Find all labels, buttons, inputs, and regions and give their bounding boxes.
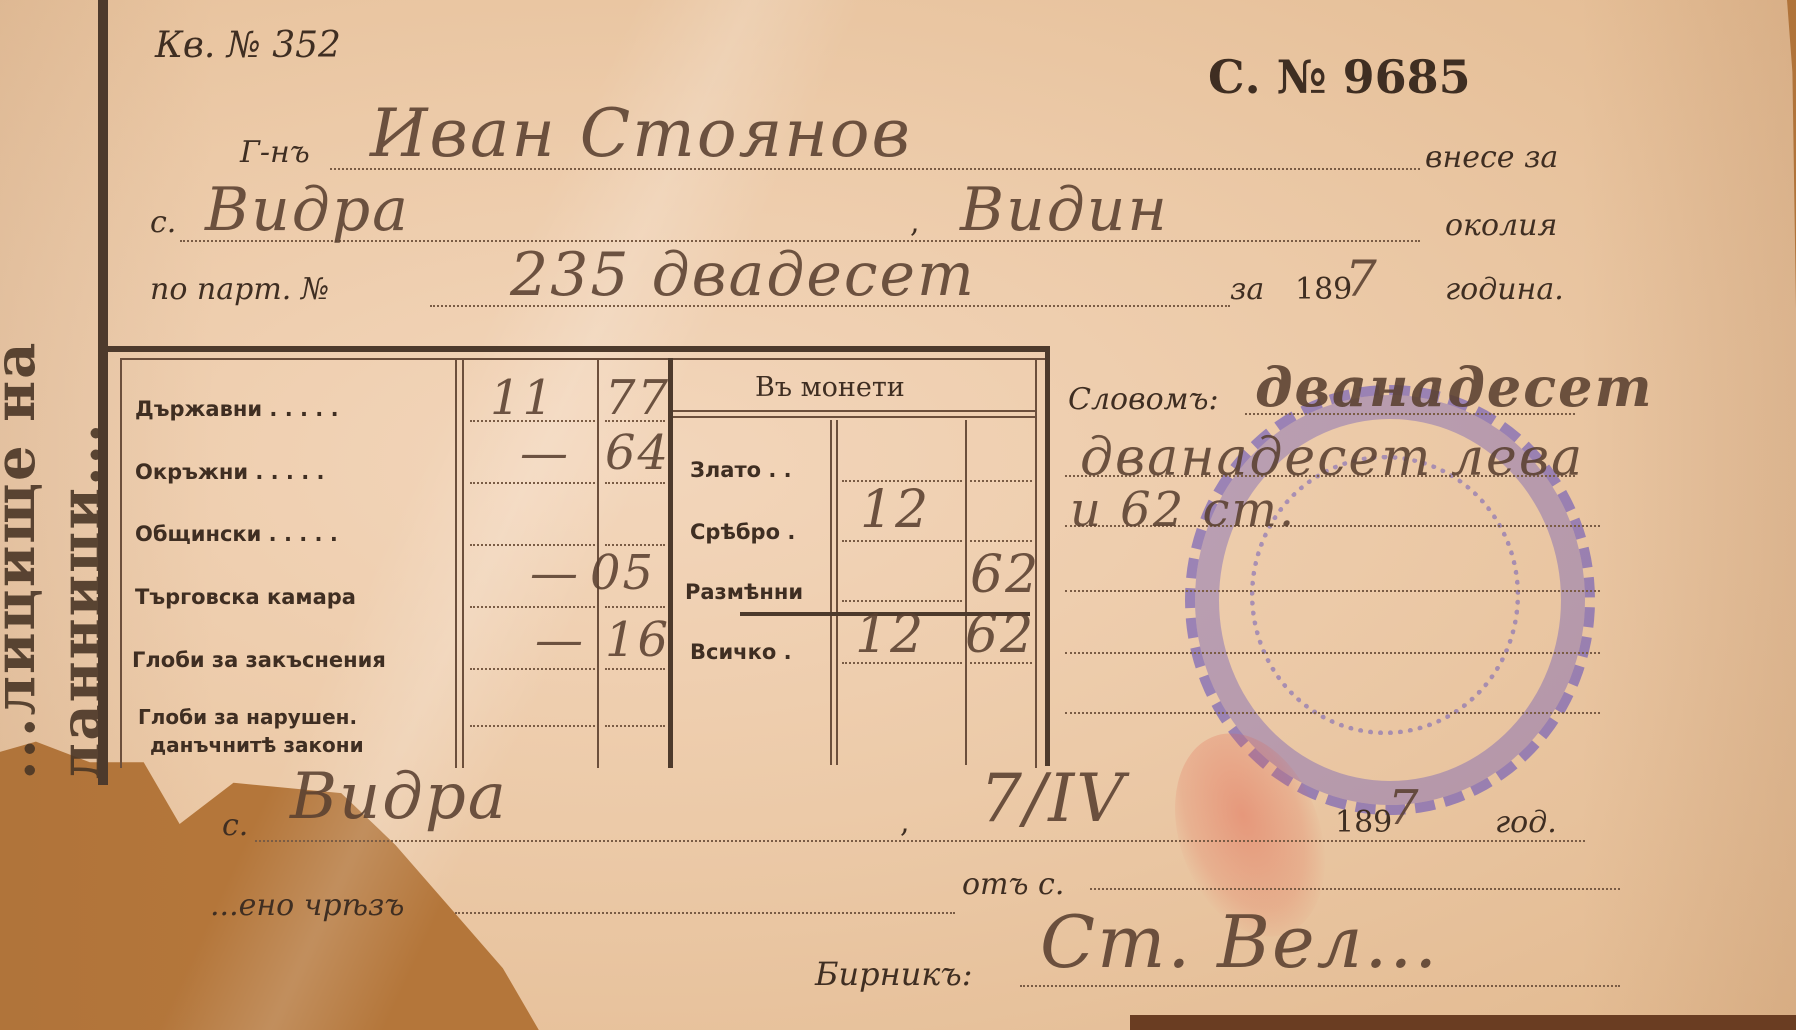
year-handwritten: 7	[1345, 250, 1379, 308]
year-suffix: година.	[1445, 272, 1564, 307]
row-dotted-line	[470, 668, 595, 670]
year-prefix: за	[1230, 272, 1264, 307]
date-dotted-line	[255, 840, 1585, 842]
side-strip-text: ...лицище на данници...	[8, 40, 88, 780]
coin-row-silver: Срѣбро .	[690, 520, 795, 544]
coins-leva-col-left	[830, 420, 832, 765]
row-dotted-line	[470, 606, 595, 608]
coin-change-stotinki: 62	[970, 545, 1040, 605]
collector-signature: Ст. Вел...	[1040, 900, 1439, 984]
coin-row-gold: Злато . .	[690, 458, 792, 482]
coin-total-leva: 12	[855, 605, 925, 665]
serial-value: 9685	[1343, 50, 1471, 104]
tax-row-label: Общински . . . . .	[135, 522, 338, 546]
tax-stotinki: 05	[590, 545, 655, 601]
date-year-handwritten: 7	[1388, 780, 1421, 836]
mr-handwritten-name: Иван Стоянов	[370, 95, 912, 172]
in-words-line1: дванадесет	[1255, 355, 1654, 419]
date-year-printed: 189	[1335, 805, 1392, 840]
paid-for-label: внесе за	[1425, 140, 1558, 175]
row-dotted-line	[605, 606, 665, 608]
in-words-dotted-line-6	[1065, 712, 1600, 714]
date-handwritten: 7/IV	[980, 760, 1126, 837]
in-words-line2: дванадесет лева	[1080, 428, 1584, 488]
tax-row-label: Държавни . . . . .	[135, 397, 339, 421]
through-label: ...ено чрѣзъ	[210, 888, 404, 923]
tax-stotinki: 16	[605, 612, 670, 668]
row-dotted-line	[842, 600, 962, 602]
in-words-label: Словомъ:	[1068, 382, 1219, 417]
coin-total-stotinki: 62	[965, 605, 1035, 665]
mr-label: Г-нъ	[240, 135, 310, 170]
tax-leva: —	[535, 612, 585, 668]
leva-col-left	[455, 358, 457, 768]
date-village-handwritten: Видра	[290, 760, 508, 834]
serial-label: С. №	[1208, 50, 1327, 104]
in-words-line3: и 62 ст.	[1070, 482, 1296, 538]
row-dotted-line	[605, 725, 665, 727]
tax-stotinki: 64	[605, 425, 670, 481]
date-comma: ,	[900, 805, 910, 840]
leva-col-left-double	[462, 358, 464, 768]
village-label: с.	[150, 205, 176, 240]
village-handwritten: Видра	[205, 175, 410, 245]
coin-row-change: Размѣнни	[685, 580, 803, 604]
coins-stotinki-col-left	[965, 420, 967, 765]
tax-row-label: Търговска камара	[135, 585, 356, 609]
district-handwritten: Видин	[960, 175, 1169, 245]
receipt-number-value: 352	[272, 25, 341, 66]
coin-row-total: Всичко .	[690, 640, 792, 664]
tax-row-label: Глоби за закъснения	[132, 648, 386, 672]
tax-leva: —	[520, 425, 570, 481]
date-village-label: с.	[222, 808, 248, 843]
row-dotted-line	[470, 725, 595, 727]
receipt-number: Кв. № 352	[155, 25, 341, 66]
collector-label: Бирникъ:	[815, 955, 973, 993]
tax-row-label: Окръжни . . . . .	[135, 460, 324, 484]
table-left-border	[120, 358, 122, 768]
in-words-dotted-line-5	[1065, 652, 1600, 654]
tax-row-label-line2: данъчнитѣ закони	[150, 733, 364, 757]
torn-bottom-edge	[1130, 1015, 1796, 1030]
row-dotted-line	[605, 668, 665, 670]
tax-stotinki: 77	[605, 370, 670, 426]
row-dotted-line	[842, 540, 962, 542]
party-label: по парт. №	[150, 272, 329, 307]
coin-silver-leva: 12	[860, 480, 930, 540]
left-border-line	[98, 0, 108, 785]
tax-leva: 11	[490, 370, 555, 426]
row-dotted-line	[970, 480, 1032, 482]
coins-header-line-double	[673, 416, 1035, 418]
through-dotted-line	[455, 912, 955, 914]
table-right-border	[1045, 346, 1050, 766]
collector-dotted-line	[1020, 985, 1620, 987]
coins-leva-col-left-double	[836, 420, 838, 765]
district-comma: ,	[910, 205, 920, 240]
row-dotted-line	[970, 540, 1032, 542]
party-handwritten: 235 двадесет	[510, 240, 976, 310]
tax-leva: —	[530, 545, 580, 601]
from-village-dotted-line	[1090, 888, 1620, 890]
row-dotted-line	[605, 482, 665, 484]
year-printed: 189	[1295, 272, 1352, 307]
coins-header-line	[673, 410, 1035, 412]
from-village-label: отъ с.	[962, 867, 1064, 902]
tax-row-label-line1: Глоби за нарушен.	[138, 705, 357, 729]
coins-title: Въ монети	[755, 372, 905, 403]
row-dotted-line	[470, 482, 595, 484]
serial-number: С. № 9685	[1208, 50, 1471, 104]
table-top-inner-border	[120, 358, 1045, 360]
table-top-border	[108, 346, 1048, 352]
in-words-dotted-line-4	[1065, 590, 1600, 592]
district-label: околия	[1445, 208, 1557, 243]
receipt-number-label: Кв. №	[155, 25, 261, 66]
date-year-suffix: год.	[1495, 805, 1557, 840]
